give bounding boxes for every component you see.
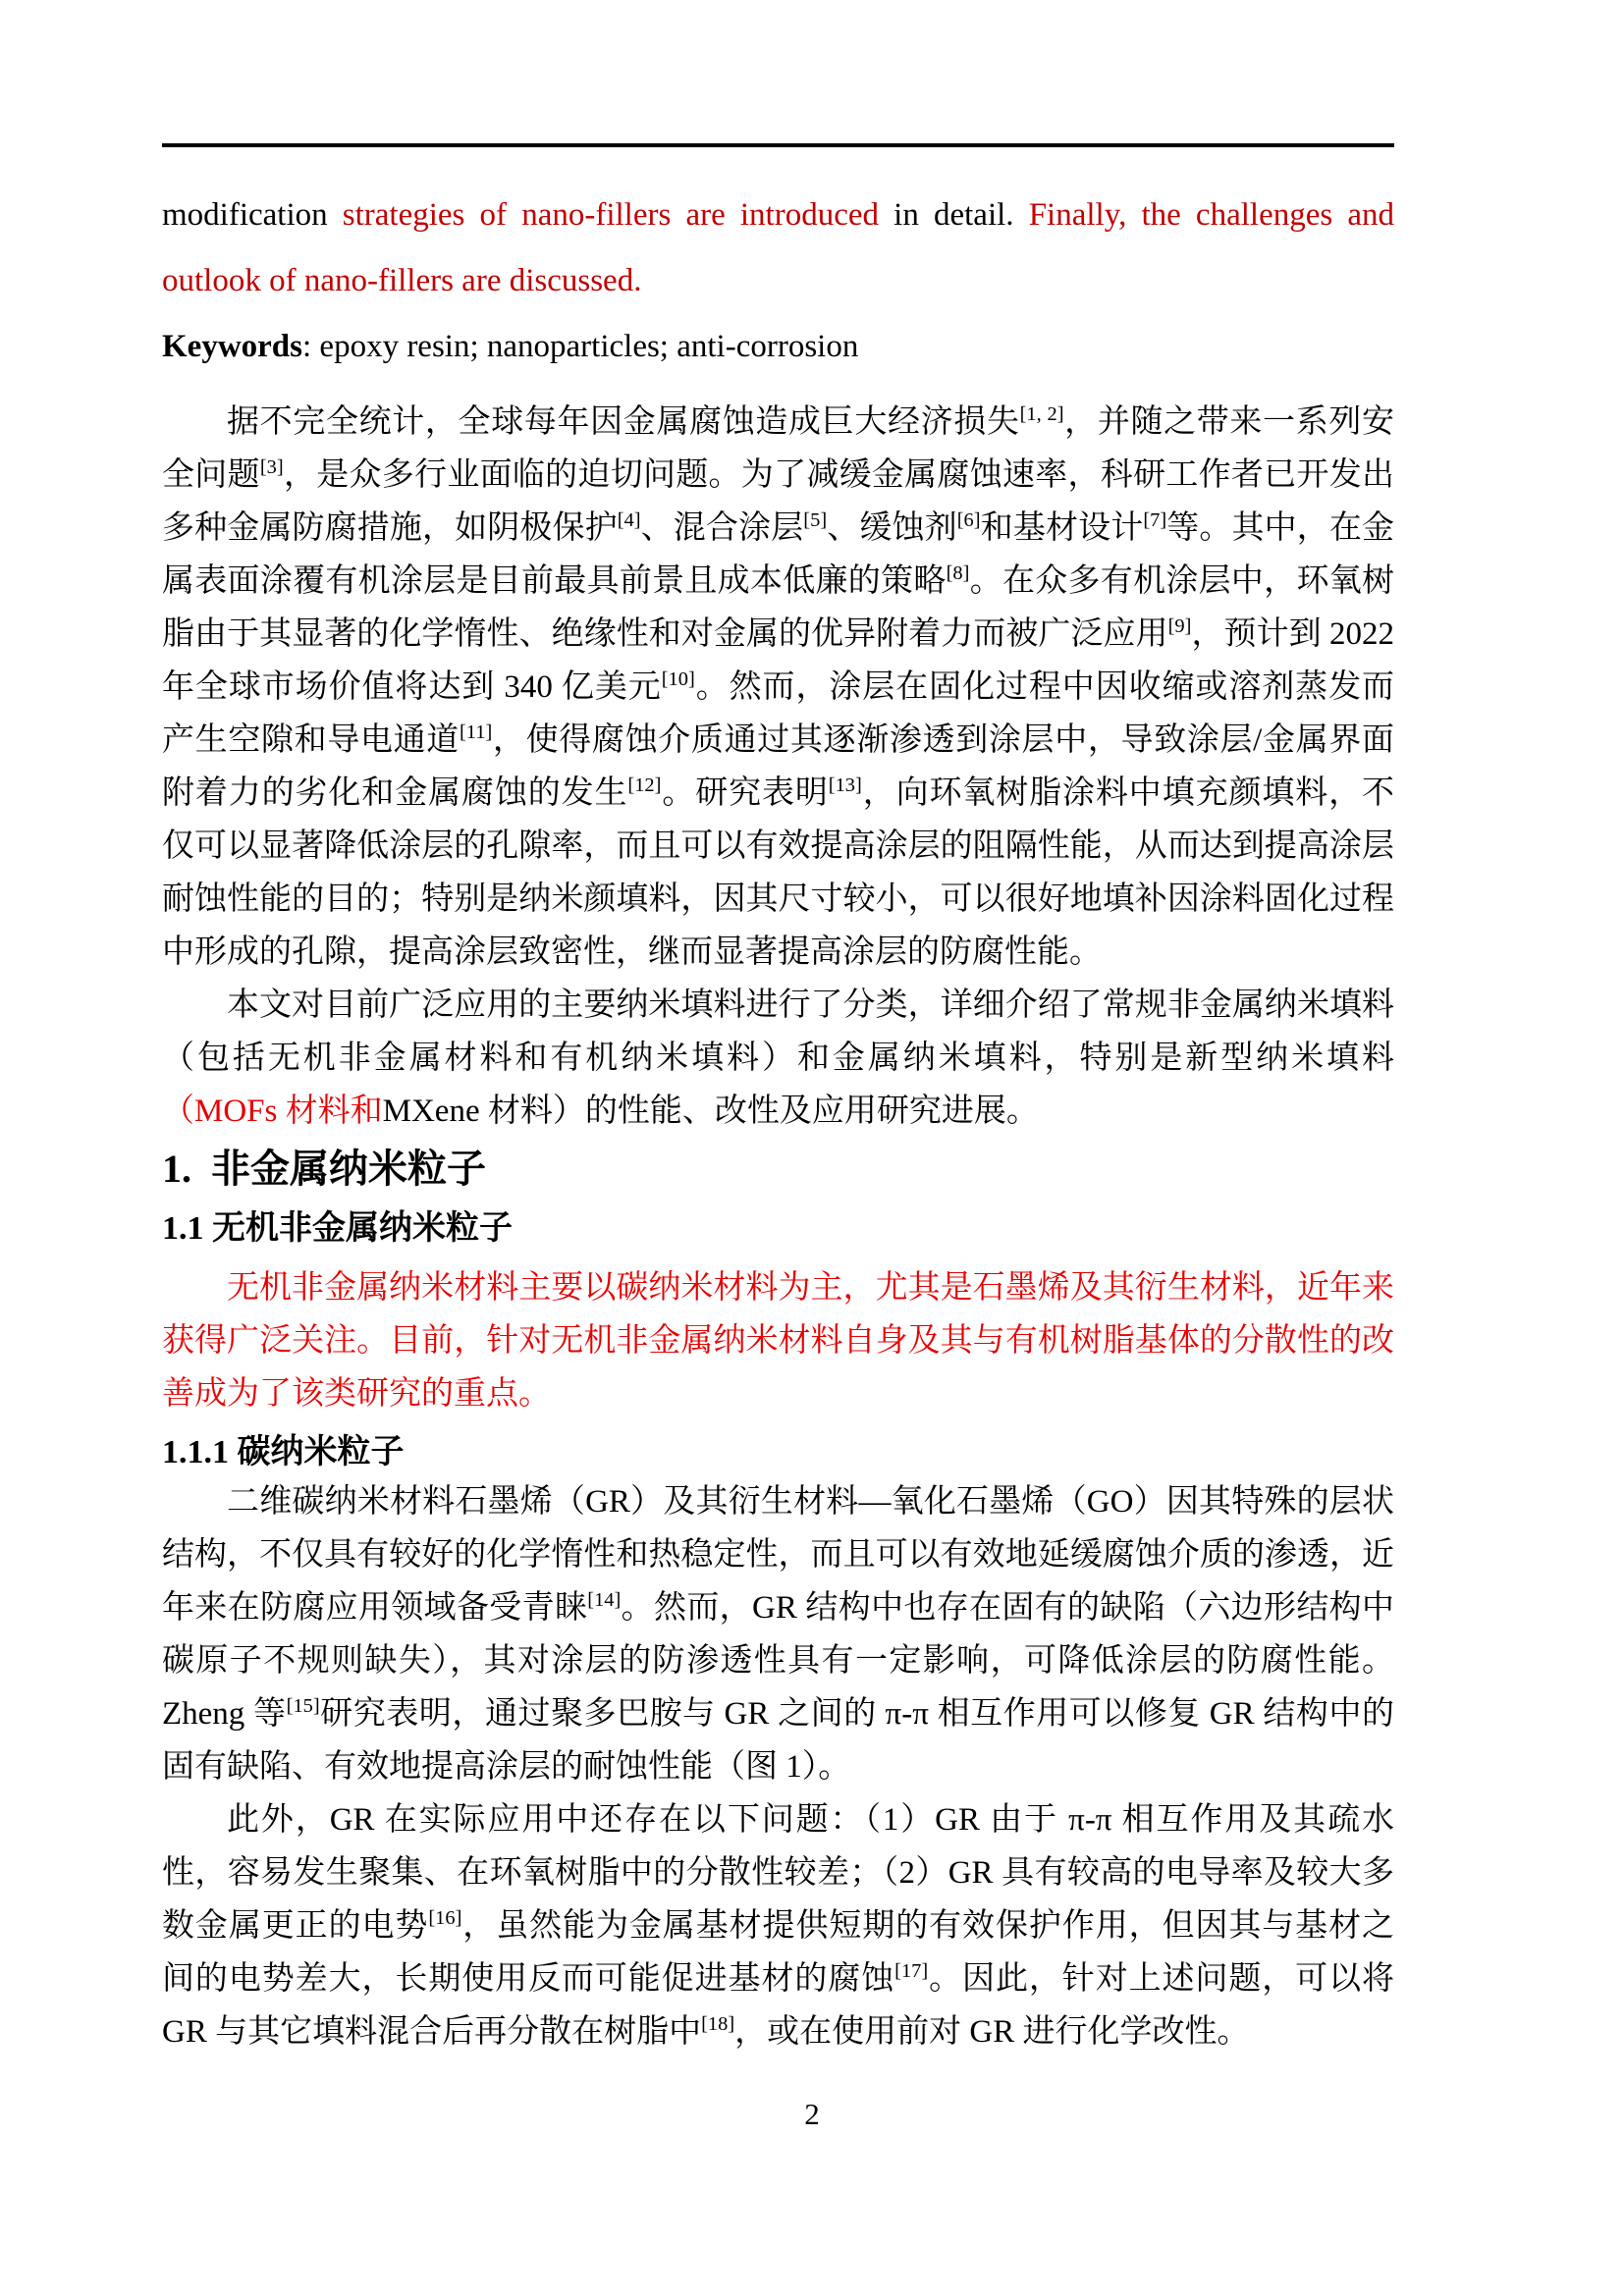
header-rule [162,143,1394,147]
section-heading-nonmetal-nanoparticles: 1. 非金属纳米粒子 [162,1144,1394,1195]
paragraph-gr-issues: 此外，GR 在实际应用中还存在以下问题：（1）GR 由于 π-π 相互作用及其疏… [162,1793,1394,2058]
page-content: modification strategies of nano-fillers … [0,183,1624,2058]
page-number: 2 [0,2097,1624,2132]
section-heading-inorganic-nonmetal: 1.1 无机非金属纳米粒子 [162,1206,1394,1252]
keywords-line: Keywords: epoxy resin; nanoparticles; an… [162,314,1394,380]
abstract-tail-text: modification strategies of nano-fillers … [162,183,1394,314]
paragraph-inorganic-highlight: 无机非金属纳米材料主要以碳纳米材料为主，尤其是石墨烯及其衍生材料，近年来获得广泛… [162,1261,1394,1420]
paragraph-corrosion-intro: 据不完全统计，全球每年因金属腐蚀造成巨大经济损失[1, 2]，并随之带来一系列安… [162,396,1394,979]
document-page: modification strategies of nano-fillers … [0,0,1624,2296]
paragraph-review-overview: 本文对目前广泛应用的主要纳米填料进行了分类，详细介绍了常规非金属纳米填料（包括无… [162,979,1394,1138]
section-heading-carbon-nanoparticles: 1.1.1 碳纳米粒子 [162,1430,1394,1475]
paragraph-graphene: 二维碳纳米材料石墨烯（GR）及其衍生材料—氧化石墨烯（GO）因其特殊的层状结构，… [162,1475,1394,1793]
